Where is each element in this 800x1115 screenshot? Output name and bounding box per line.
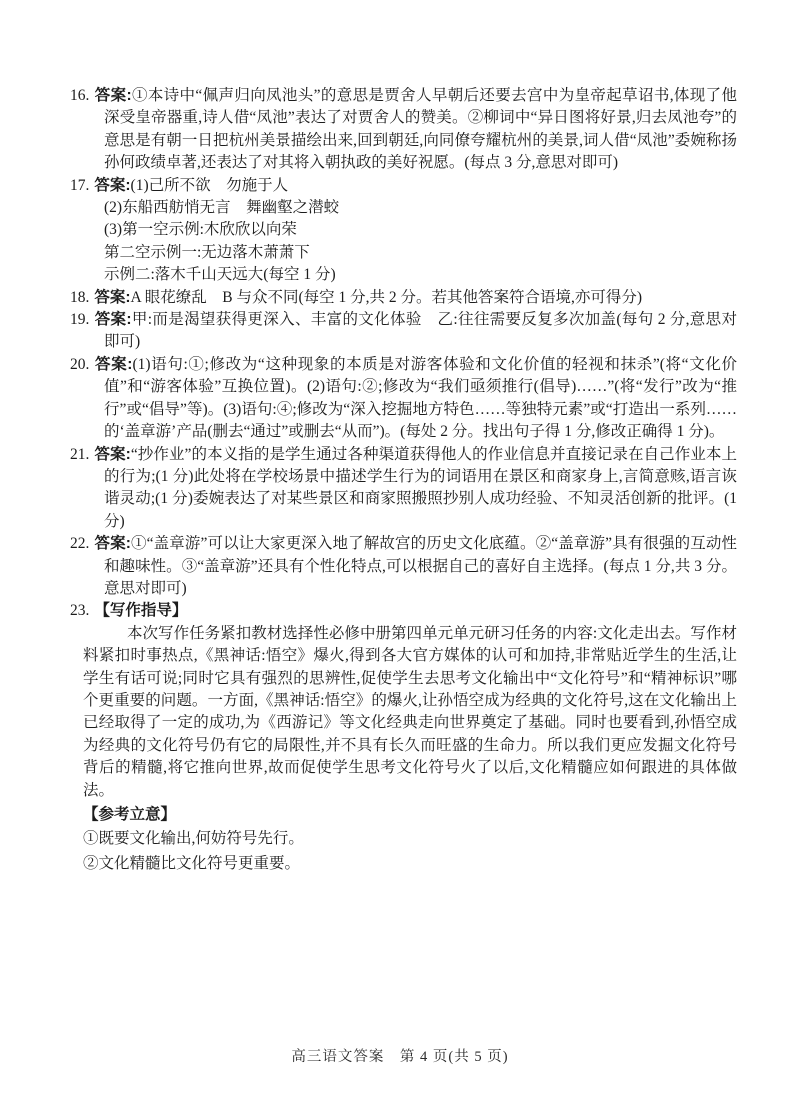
answer-text: ①“盖章游”可以让大家更深入地了解故宫的历史文化底蕴。②“盖章游”具有很强的互动… <box>104 535 737 597</box>
item-number: 17. <box>70 177 89 194</box>
answer-item-20: 20.答案:(1)语句:①;修改为“这种现象的本质是对游客体验和文化价值的轻视和… <box>70 354 737 444</box>
answer-label: 答案: <box>94 535 131 552</box>
answer-item-16: 16.答案:①本诗中“佩声归向凤池头”的意思是贾舍人早朝后还要去宫中为皇帝起草诏… <box>70 85 737 175</box>
item-number: 18. <box>70 289 89 306</box>
answer-label: 答案: <box>94 311 131 328</box>
page-footer: 高三语文答案 第 4 页(共 5 页) <box>0 1045 800 1066</box>
answer-item-23: 23.【写作指导】 本次写作任务紧扣教材选择性必修中册第四单元单元研习任务的内容… <box>70 600 737 875</box>
sub-line: 第二空示例一:无边落木萧萧下 <box>104 242 737 264</box>
writing-guide-heading: 23.【写作指导】 <box>70 600 737 622</box>
answer-text: ①本诗中“佩声归向凤池头”的意思是贾舍人早朝后还要去宫中为皇帝起草诏书,体现了他… <box>104 87 737 171</box>
item-number: 21. <box>70 446 89 463</box>
reference-intent-header: 【参考立意】 <box>83 804 737 826</box>
answer-text: A 眼花缭乱 B 与众不同(每空 1 分,共 2 分。若其他答案符合语境,亦可得… <box>131 289 643 306</box>
answer-text: (1)语句:①;修改为“这种现象的本质是对游客体验和文化价值的轻视和抹杀”(将“… <box>104 356 737 440</box>
answer-item-21: 21.答案:“抄作业”的本义指的是学生通过各种渠道获得他人的作业信息并直接记录在… <box>70 444 737 534</box>
writing-guide-header: 【写作指导】 <box>94 602 187 619</box>
answer-item-17: 17.答案:(1)己所不欲 勿施于人(2)东船西舫悄无言 舞幽壑之潜蛟(3)第一… <box>70 175 737 287</box>
answer-item-19: 19.答案:甲:而是渴望获得更深入、丰富的文化体验 乙:往往需要反复多次加盖(每… <box>70 309 737 354</box>
answer-label: 答案: <box>94 356 132 373</box>
answer-label: 答案: <box>94 177 130 194</box>
sub-line: 示例二:落木千山天远大(每空 1 分) <box>104 264 737 286</box>
answer-label: 答案: <box>94 87 131 104</box>
answer-item-18: 18.答案:A 眼花缭乱 B 与众不同(每空 1 分,共 2 分。若其他答案符合… <box>70 287 737 309</box>
answer-item-22: 22.答案:①“盖章游”可以让大家更深入地了解故宫的历史文化底蕴。②“盖章游”具… <box>70 533 737 600</box>
item-number: 23. <box>70 602 89 619</box>
answer-text: (1)己所不欲 勿施于人 <box>131 177 289 194</box>
answers-list: 16.答案:①本诗中“佩声归向凤池头”的意思是贾舍人早朝后还要去宫中为皇帝起草诏… <box>70 85 737 875</box>
answer-text: “抄作业”的本义指的是学生通过各种渠道获得他人的作业信息并直接记录在自己作业本上… <box>104 446 737 530</box>
intent-point: ②文化精髓比文化符号更重要。 <box>83 853 737 875</box>
sub-line: (3)第一空示例:木欣欣以向荣 <box>104 219 737 241</box>
item-number: 20. <box>70 356 89 373</box>
answer-text: 甲:而是渴望获得更深入、丰富的文化体验 乙:往往需要反复多次加盖(每句 2 分,… <box>104 311 737 350</box>
intent-point: ①既要文化输出,何妨符号先行。 <box>83 828 737 850</box>
sub-line: (2)东船西舫悄无言 舞幽壑之潜蛟 <box>104 197 737 219</box>
writing-guide-paragraph: 本次写作任务紧扣教材选择性必修中册第四单元单元研习任务的内容:文化走出去。写作材… <box>83 623 737 802</box>
item-number: 19. <box>70 311 89 328</box>
item-number: 16. <box>70 87 89 104</box>
item-number: 22. <box>70 535 89 552</box>
answer-label: 答案: <box>94 289 130 306</box>
answer-label: 答案: <box>94 446 130 463</box>
